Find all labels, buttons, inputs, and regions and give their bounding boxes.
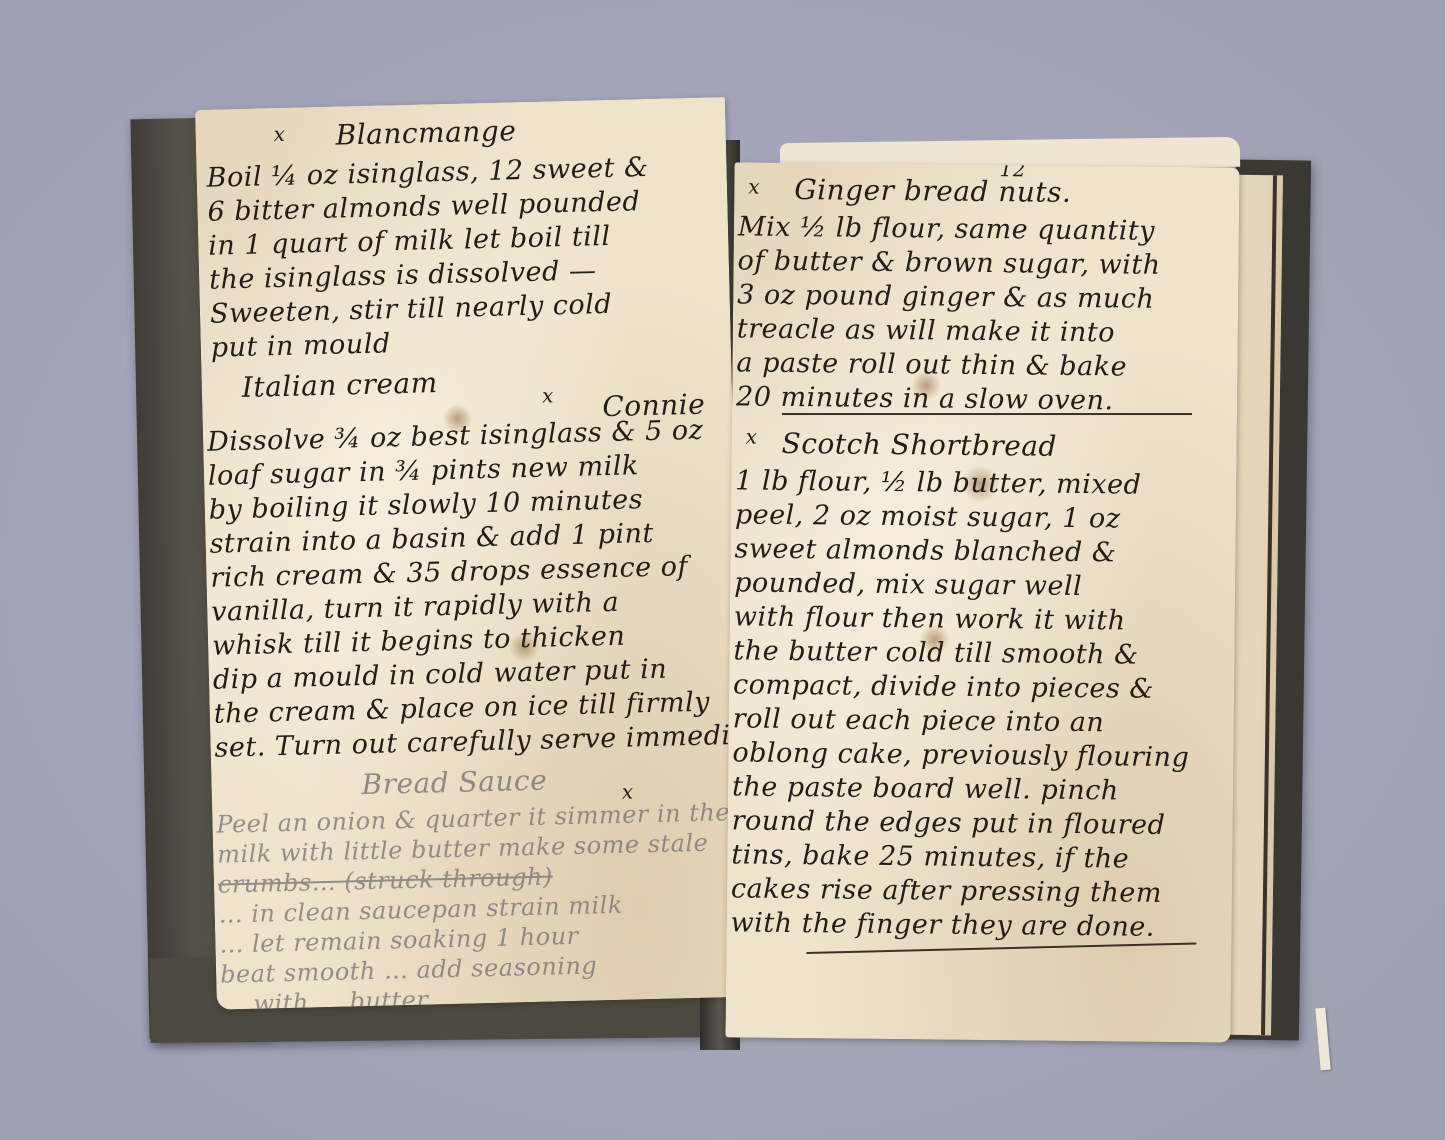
left-page: x Blancmange Boil ¼ oz isinglass, 12 swe… <box>195 97 747 1010</box>
recipe-body-pencil: Peel an onion & quarter it simmer in the… <box>216 797 735 1010</box>
recipe-line: roll out each piece into an <box>733 702 1190 741</box>
recipe-bread-sauce: Bread Sauce x Peel an onion & quarter it… <box>195 97 725 110</box>
right-page: 12 x Ginger bread nuts. Mix ½ lb flour, … <box>725 162 1239 1042</box>
recipe-line: compact, divide into pieces & <box>733 668 1190 707</box>
recipe-line: the butter cold till smooth & <box>733 634 1190 673</box>
recipe-blancmange: Blancmange Boil ¼ oz isinglass, 12 sweet… <box>195 97 725 110</box>
recipe-line: of butter & brown sugar, with <box>737 244 1160 282</box>
recipe-line: the paste board well. pinch <box>732 770 1189 809</box>
recipe-line: tins, bake 25 minutes, if the <box>731 838 1188 877</box>
recipe-line: oblong cake, previously flouring <box>732 736 1189 775</box>
divider-rule <box>782 413 1192 415</box>
recipe-line: 1 lb flour, ½ lb butter, mixed <box>735 464 1192 503</box>
recipe-body: Dissolve ¾ oz best isinglass & 5 oz loaf… <box>207 412 747 766</box>
recipe-line: Mix ½ lb flour, same quantity <box>738 210 1161 248</box>
recipe-line: 3 oz pound ginger & as much <box>737 278 1160 316</box>
paper-tab-strip <box>1315 1008 1330 1071</box>
recipe-line: round the edges put in floured <box>732 804 1189 843</box>
recipe-line: pounded, mix sugar well <box>734 566 1191 605</box>
recipe-italian-cream: Italian cream x Connie Dissolve ¾ oz bes… <box>195 97 725 110</box>
recipe-title: Italian cream <box>241 366 438 404</box>
recipe-line: sweet almonds blanched & <box>734 532 1191 571</box>
recipe-body: Boil ¼ oz isinglass, 12 sweet & 6 bitter… <box>206 151 653 366</box>
recipe-body: Mix ½ lb flour, same quantity of butter … <box>736 210 1161 418</box>
recipe-line: a paste roll out thin & bake <box>736 346 1159 384</box>
recipe-line: treacle as will make it into <box>737 312 1160 350</box>
recipe-line: with the finger they are done. <box>730 906 1187 945</box>
recipe-title: Bread Sauce <box>361 764 547 802</box>
recipe-line: with flour then work it with <box>734 600 1191 639</box>
recipe-title: Blancmange <box>335 114 516 151</box>
recipe-body: 1 lb flour, ½ lb butter, mixed peel, 2 o… <box>730 464 1192 945</box>
recipe-line: peel, 2 oz moist sugar, 1 oz <box>735 498 1192 537</box>
margin-mark: x <box>542 383 554 407</box>
divider-rule <box>806 942 1196 953</box>
recipe-title: Ginger bread nuts. <box>794 173 1071 209</box>
margin-mark: x <box>273 122 285 146</box>
recipe-title: Scotch Shortbread <box>781 427 1057 463</box>
margin-mark: x <box>748 175 760 199</box>
margin-mark: x <box>746 425 758 449</box>
recipe-line: cakes rise after pressing them <box>731 872 1188 911</box>
